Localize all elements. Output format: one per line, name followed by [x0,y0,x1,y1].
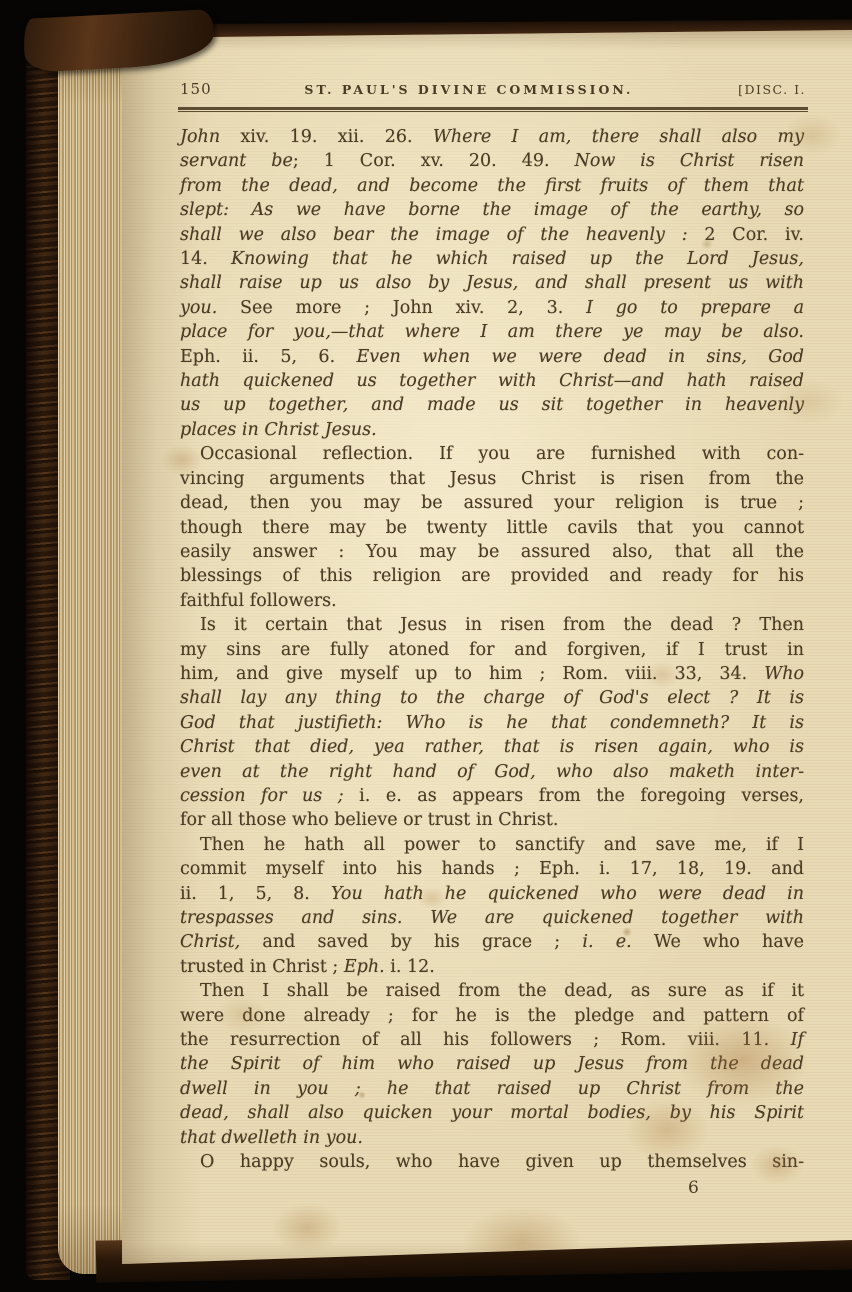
italic-text-segment: servant be [180,151,293,171]
running-title: ST. PAUL'S DIVINE COMMISSION. [304,82,633,97]
italic-text-segment: If [791,1030,804,1050]
italic-text-segment: Who [764,664,804,684]
italic-text-segment: i. e. [582,932,631,952]
roman-text-segment: though there may be twenty little cavils… [180,518,804,538]
text-line: easily answer : You may be assured also,… [180,540,804,564]
text-line: Christ, and saved by his grace ; i. e. W… [180,930,804,954]
text-line: dead, shall also quicken your mortal bod… [180,1101,804,1125]
text-line: shall lay any thing to the charge of God… [180,686,804,710]
roman-text-segment: dead, then you may be assured your relig… [180,493,804,513]
text-line: servant be; 1 Cor. xv. 20. 49. Now is Ch… [180,149,804,173]
italic-text-segment: trespasses and sins. We are quickened to… [180,908,804,928]
roman-text-segment: Occasional reflection. If you are furnis… [200,444,804,464]
roman-text-segment: blessings of this religion are provided … [180,566,804,586]
italic-text-segment: Even when we were dead in sins, God [357,347,804,367]
italic-text-segment: Knowing that he which raised up the Lord… [231,249,804,269]
text-line: for all those who believe or trust in Ch… [180,808,804,832]
italic-text-segment: John [180,127,220,147]
italic-text-segment: I go to prepare a [586,298,804,318]
text-line: commit myself into his hands ; Eph. i. 1… [180,857,804,881]
book-page: 150 ST. PAUL'S DIVINE COMMISSION. [DISC.… [122,30,852,1268]
text-line: you. See more ; John xiv. 2, 3. I go to … [180,296,804,320]
italic-text-segment: you. [180,298,217,318]
text-line: faithful followers. [180,589,804,613]
italic-text-segment: places in Christ Jesus. [180,420,377,440]
text-line: shall we also bear the image of the heav… [180,223,804,247]
signature-mark: 6 [688,1178,699,1198]
text-line: O happy souls, who have given up themsel… [180,1150,804,1174]
roman-text-segment: i. e. as appears from the foregoing vers… [359,786,804,806]
italic-text-segment: shall we also bear the image of the heav… [180,225,704,245]
roman-text-segment: him, and give myself up to him ; Rom. vi… [180,664,764,684]
italic-text-segment: Where I am, there shall also my [433,127,804,147]
roman-text-segment: the resurrection of all his followers ; … [180,1030,791,1050]
text-block: John xiv. 19. xii. 26. Where I am, there… [180,125,804,1174]
roman-text-segment: were done already ; for he is the pledge… [180,1006,804,1026]
photograph-background: { "header": { "page_number": "150", "tit… [0,0,852,1292]
text-line: Then I shall be raised from the dead, as… [180,979,804,1003]
roman-text-segment: Eph. ii. 5, 6. [180,347,357,367]
text-line: Christ that died, yea rather, that is ri… [180,735,804,759]
roman-text-segment: 2 Cor. iv. [704,225,804,245]
text-line: the Spirit of him who raised up Jesus fr… [180,1052,804,1076]
roman-text-segment: faithful followers. [180,591,337,611]
italic-text-segment: slept: As we have borne the image of the… [180,200,804,220]
italic-text-segment: that dwelleth in you. [180,1128,363,1148]
italic-text-segment: dwell in you ; he that raised up Christ … [180,1079,804,1099]
roman-text-segment: ; 1 Cor. xv. 20. 49. [293,151,575,171]
italic-text-segment: Christ, [180,932,240,952]
roman-text-segment: See more ; John xiv. 2, 3. [217,298,586,318]
roman-text-segment: my sins are fully atoned for and forgive… [180,640,804,660]
page-header: 150 ST. PAUL'S DIVINE COMMISSION. [DISC.… [180,80,806,98]
text-line: cession for us ; i. e. as appears from t… [180,784,804,808]
italic-text-segment: cession for us ; [180,786,359,806]
text-line: were done already ; for he is the pledge… [180,1004,804,1028]
italic-text-segment: God that justifieth: Who is he that cond… [180,713,804,733]
discourse-mark: [DISC. I. [738,82,806,97]
roman-text-segment: trusted in Christ ; [180,957,344,977]
text-line: John xiv. 19. xii. 26. Where I am, there… [180,125,804,149]
text-line: him, and give myself up to him ; Rom. vi… [180,662,804,686]
roman-text-segment: Then I shall be raised from the dead, as… [200,981,804,1001]
text-line: though there may be twenty little cavils… [180,516,804,540]
italic-text-segment: Eph. [344,957,385,977]
roman-text-segment: and saved by his grace ; [240,932,582,952]
text-line: even at the right hand of God, who also … [180,760,804,784]
roman-text-segment: Is it certain that Jesus in risen from t… [200,615,804,635]
text-line: God that justifieth: Who is he that cond… [180,711,804,735]
text-line: slept: As we have borne the image of the… [180,198,804,222]
roman-text-segment: easily answer : You may be assured also,… [180,542,804,562]
text-line: from the dead, and become the first frui… [180,174,804,198]
text-line: 14. Knowing that he which raised up the … [180,247,804,271]
text-line: Then he hath all power to sanctify and s… [180,833,804,857]
roman-text-segment: Then he hath all power to sanctify and s… [200,835,804,855]
text-line: place for you,—that where I am there ye … [180,320,804,344]
italic-text-segment: dead, shall also quicken your mortal bod… [180,1103,804,1123]
header-double-rule [178,107,808,112]
text-line: places in Christ Jesus. [180,418,804,442]
italic-text-segment: from the dead, and become the first frui… [180,176,804,196]
text-line: ii. 1, 5, 8. You hath he quickened who w… [180,882,804,906]
roman-text-segment: for all those who believe or trust in Ch… [180,810,558,830]
italic-text-segment: Christ that died, yea rather, that is ri… [180,737,804,757]
italic-text-segment: even at the right hand of God, who also … [180,762,804,782]
italic-text-segment: us up together, and made us sit together… [180,395,804,415]
roman-text-segment: i. 12. [385,957,435,977]
text-line: us up together, and made us sit together… [180,393,804,417]
text-line: Is it certain that Jesus in risen from t… [180,613,804,637]
text-line: hath quickened us together with Christ—a… [180,369,804,393]
text-line: that dwelleth in you. [180,1126,804,1150]
roman-text-segment: 14. [180,249,231,269]
roman-text-segment: ii. 1, 5, 8. [180,884,331,904]
roman-text-segment: xiv. 19. xii. 26. [220,127,433,147]
text-line: my sins are fully atoned for and forgive… [180,638,804,662]
text-line: blessings of this religion are provided … [180,564,804,588]
roman-text-segment: O happy souls, who have given up themsel… [200,1152,804,1172]
italic-text-segment: Now is Christ risen [575,151,805,171]
text-line: Occasional reflection. If you are furnis… [180,442,804,466]
text-line: dwell in you ; he that raised up Christ … [180,1077,804,1101]
text-line: dead, then you may be assured your relig… [180,491,804,515]
roman-text-segment: vincing arguments that Jesus Christ is r… [180,469,804,489]
italic-text-segment: shall raise up us also by Jesus, and sha… [180,273,804,293]
italic-text-segment: hath quickened us together with Christ—a… [180,371,804,391]
text-line: trespasses and sins. We are quickened to… [180,906,804,930]
italic-text-segment: You hath he quickened who were dead in [331,884,804,904]
roman-text-segment: We who have [632,932,804,952]
italic-text-segment: shall lay any thing to the charge of God… [180,688,804,708]
italic-text-segment: place for you,—that where I am there ye … [180,322,804,342]
text-line: the resurrection of all his followers ; … [180,1028,804,1052]
text-line: vincing arguments that Jesus Christ is r… [180,467,804,491]
roman-text-segment: commit myself into his hands ; Eph. i. 1… [180,859,804,879]
italic-text-segment: the Spirit of him who raised up Jesus fr… [180,1054,804,1074]
text-line: Eph. ii. 5, 6. Even when we were dead in… [180,345,804,369]
page-number: 150 [180,80,212,98]
text-line: shall raise up us also by Jesus, and sha… [180,271,804,295]
text-line: trusted in Christ ; Eph. i. 12. [180,955,804,979]
